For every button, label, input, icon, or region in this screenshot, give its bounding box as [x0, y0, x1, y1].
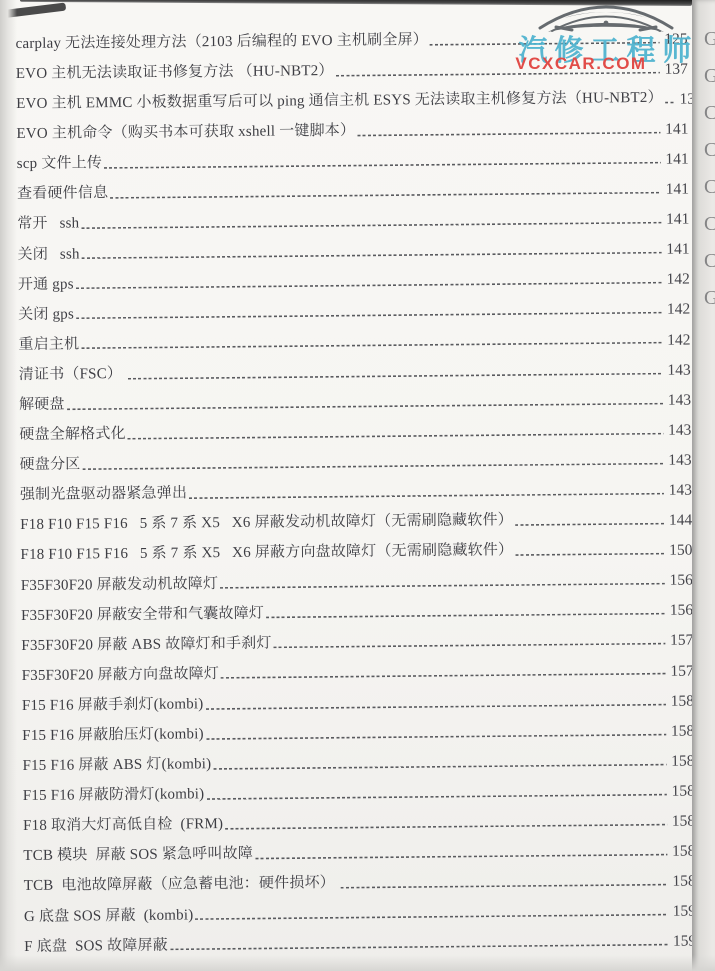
toc-entry-label: 关闭 gps — [18, 306, 74, 324]
toc-entry-label: 强制光盘驱动器紧急弹出 — [20, 486, 187, 505]
toc-entry-label: F15 F16 屏蔽防滑灯(kombi) — [23, 786, 205, 805]
toc-page-number: 144 — [666, 513, 692, 529]
toc-entry-label: 硬盘分区 — [20, 457, 81, 475]
next-page-partial-glyph: C — [704, 213, 715, 236]
toc-page-number: 141 — [662, 121, 688, 137]
toc-entry-label: EVO 主机无法读取证书修复方法 （HU-NBT2） — [16, 63, 334, 83]
next-page-partial-glyph: C — [704, 139, 715, 162]
toc-entry-label: F35F30F20 屏蔽安全带和气囊故障灯 — [21, 605, 264, 625]
toc-entry-label: F15 F16 屏蔽 ABS 灯(kombi) — [22, 756, 211, 775]
toc-entry-label: 常开 ssh — [17, 216, 79, 234]
toc-entry-label: 开通 gps — [18, 276, 74, 294]
vcxcar-watermark-logo: 汽修工程师 VCXCAR.COM — [500, 0, 715, 80]
toc-entry-label: F35F30F20 屏蔽 ABS 故障灯和手刹灯 — [21, 635, 271, 655]
dotted-leader — [515, 516, 664, 529]
next-page-partial-glyph: G — [704, 65, 715, 88]
next-page-partial-glyph: G — [704, 287, 715, 310]
dotted-leader — [515, 547, 664, 560]
toc-page-number: 143 — [666, 452, 692, 468]
toc-page-number: 150 — [666, 543, 692, 559]
toc-page-number: 158 — [668, 753, 694, 769]
scanned-page: carplay 无法连接处理方法（2103 后编程的 EVO 主机刷全屏）125… — [0, 0, 715, 971]
scan-bottom-edge — [0, 955, 715, 971]
toc-page-number: 143 — [665, 362, 691, 378]
table-of-contents: carplay 无法连接处理方法（2103 后编程的 EVO 主机刷全屏）125… — [15, 17, 696, 956]
toc-entry-label: G 底盘 SOS 屏蔽 (kombi) — [24, 907, 194, 926]
toc-page-number: 141 — [664, 242, 690, 258]
toc-entry-label: 关闭 ssh — [18, 246, 80, 264]
toc-page-number: 156 — [667, 573, 693, 589]
toc-page-number: 158 — [669, 783, 695, 799]
toc-entry-label: TCB 模块 屏蔽 SOS 紧急呼叫故障 — [23, 846, 253, 865]
toc-page-number: 158 — [668, 723, 694, 739]
logo-site-text: VCXCAR.COM — [506, 54, 656, 74]
toc-entry-label: 解硬盘 — [19, 397, 65, 415]
next-page-partial-glyph: C — [704, 102, 715, 125]
toc-entry-label: TCB 电池故障屏蔽（应急蓄电池：硬件损坏） — [24, 875, 339, 895]
next-page-partial-glyph: C — [704, 176, 715, 199]
next-page-partial-glyph: G — [704, 28, 715, 51]
toc-page-number: 142 — [664, 332, 690, 348]
toc-entry-label: EVO 主机命令（购买书本可获取 xshell 一键脚本） — [16, 123, 355, 144]
toc-page-number: 142 — [664, 272, 690, 288]
toc-entry-label: 清证书（FSC） — [19, 366, 126, 384]
toc-page-number: 157 — [667, 633, 693, 649]
toc-page-number: 142 — [664, 302, 690, 318]
toc-page-number: 156 — [667, 603, 693, 619]
toc-entry-label: F15 F16 屏蔽胎压灯(kombi) — [22, 726, 204, 745]
toc-entry-label: scp 文件上传 — [17, 155, 103, 173]
toc-page-number: 158 — [668, 693, 694, 709]
toc-entry-label: F35F30F20 屏蔽发动机故障灯 — [21, 576, 219, 595]
toc-page-number: 141 — [663, 152, 689, 168]
dotted-leader — [170, 938, 668, 955]
toc-entry-label: 重启主机 — [18, 336, 79, 354]
next-page-partial-glyph: C — [704, 250, 715, 273]
dotted-leader — [665, 95, 675, 107]
toc-entry-label: F35F30F20 屏蔽方向盘故障灯 — [22, 666, 220, 685]
toc-page-number: 141 — [663, 182, 689, 198]
toc-entry-label: F15 F16 屏蔽手刹灯(kombi) — [22, 696, 204, 715]
page-curve-shadow — [0, 0, 17, 971]
toc-page-number: 141 — [663, 212, 689, 228]
toc-page-number: 157 — [668, 663, 694, 679]
toc-entry-label: F 底盘 SOS 故障屏蔽 — [24, 937, 168, 956]
toc-page-number: 143 — [665, 392, 691, 408]
toc-entry-label: 硬盘全解格式化 — [19, 426, 126, 444]
toc-entry-label: F18 取消大灯高低自检 (FRM) — [23, 816, 223, 835]
next-page-edge: GGCCCCCG — [692, 0, 715, 971]
toc-page-number: 143 — [666, 483, 692, 499]
toc-entry-label: 查看硬件信息 — [17, 185, 108, 203]
toc-page-number: 143 — [665, 422, 691, 438]
